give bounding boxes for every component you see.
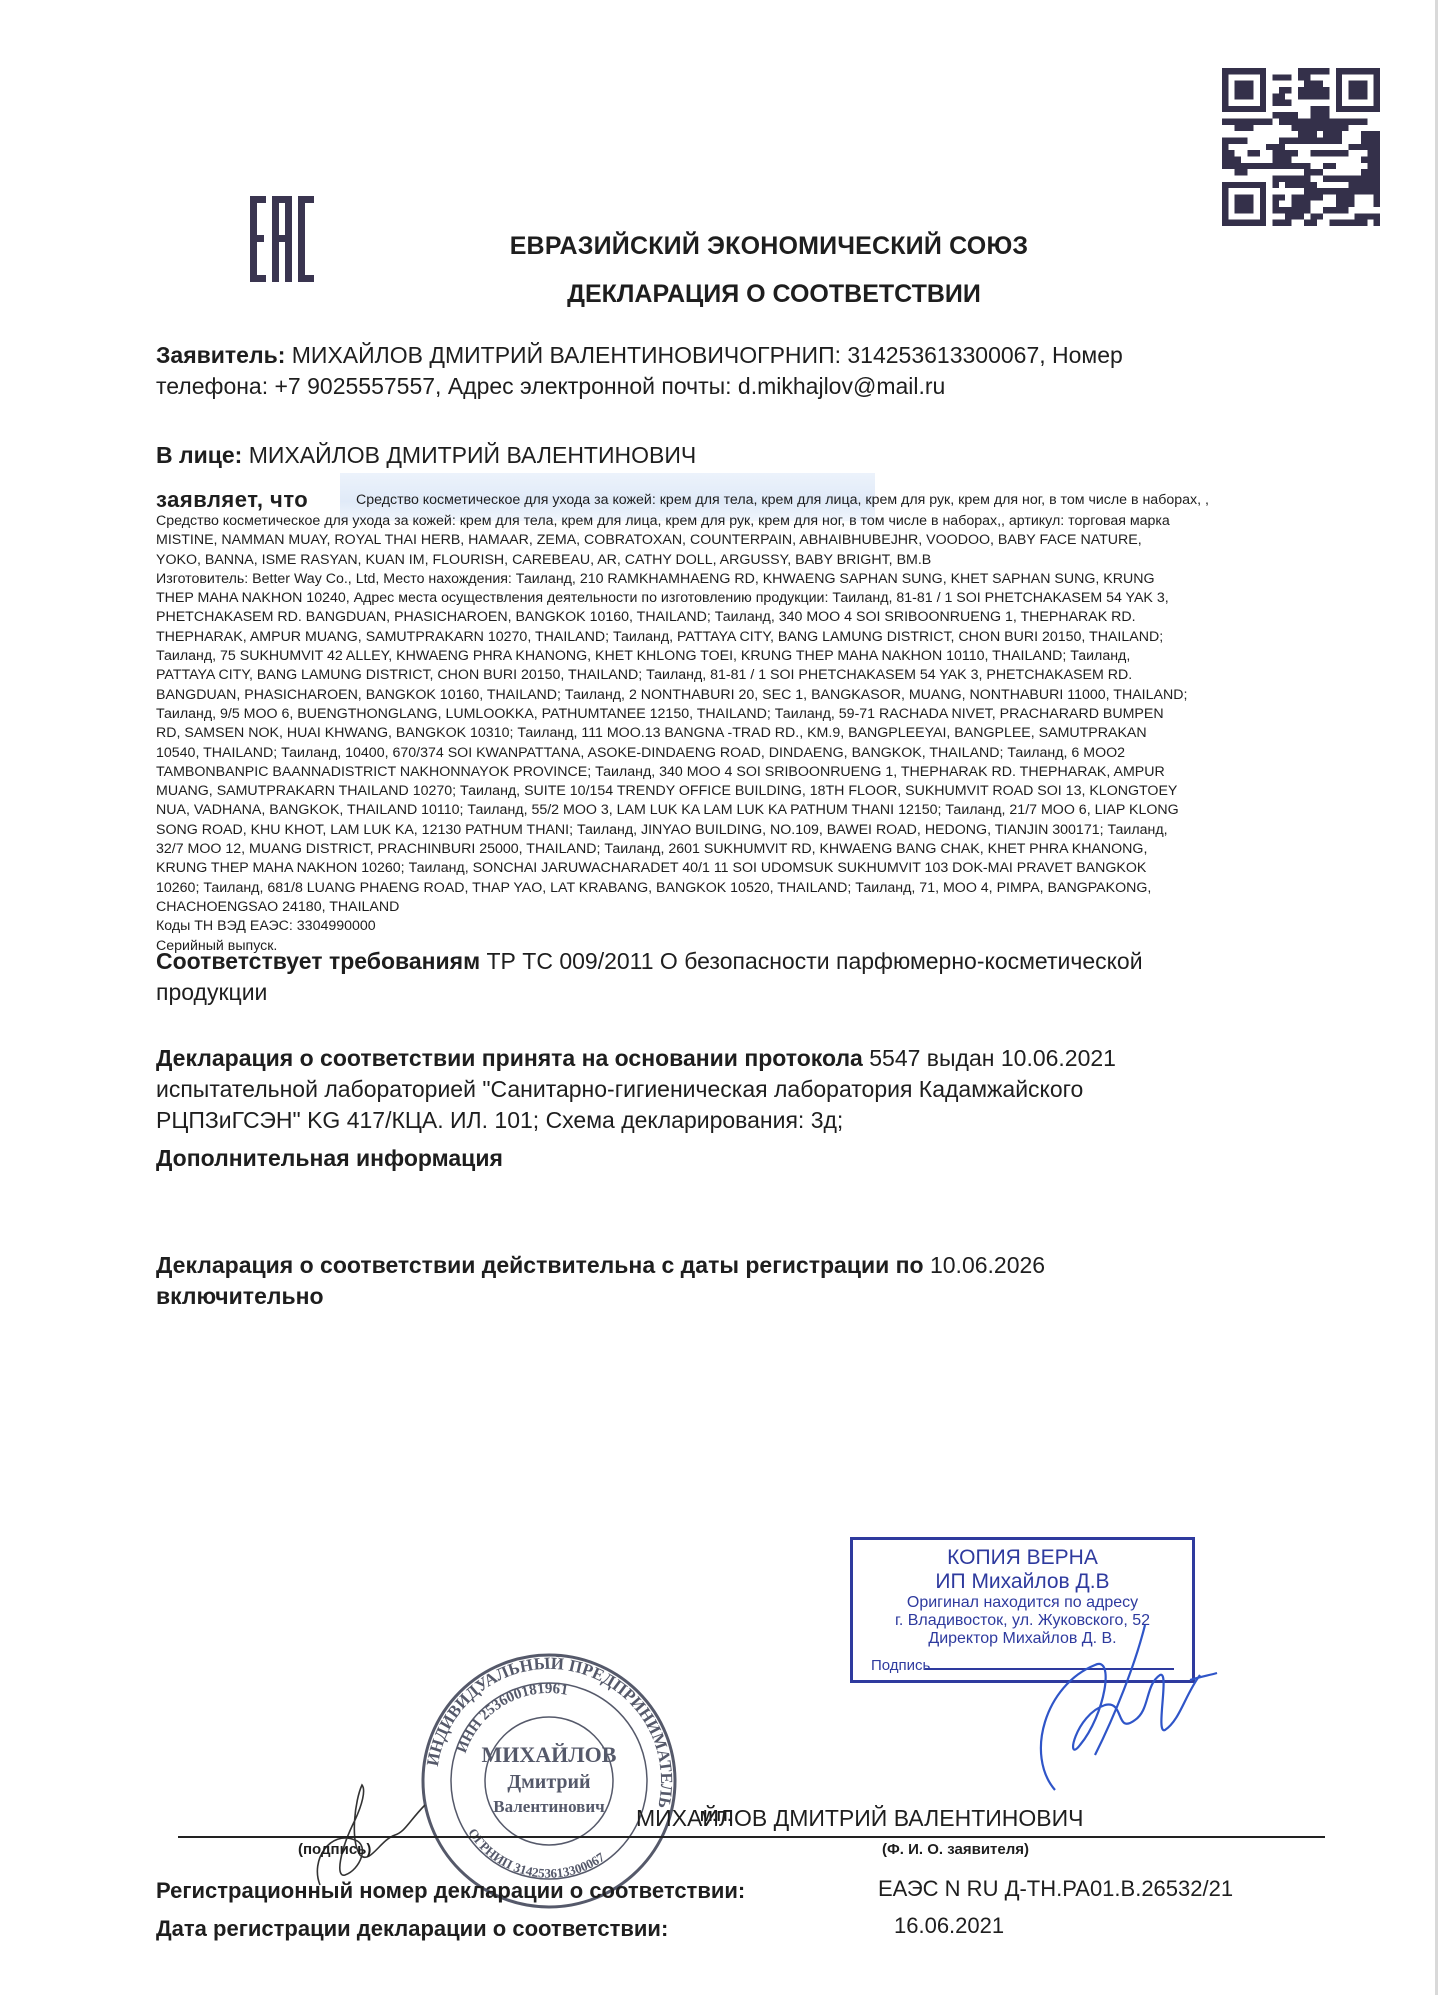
registration-number-value: ЕАЭС N RU Д-TH.PA01.B.26532/21 <box>878 1876 1233 1902</box>
stamp-company: ИП Михайлов Д.В <box>853 1570 1192 1594</box>
signature-line <box>178 1836 1325 1838</box>
represented-value: МИХАЙЛОВ ДМИТРИЙ ВАЛЕНТИНОВИЧ <box>242 442 696 468</box>
description-line: PHETCHAKASEM RD. BANGDUAN, PHASICHAROEN,… <box>156 608 1326 627</box>
conformity-block: Соответствует требованиям ТР ТС 009/2011… <box>156 946 1306 1008</box>
description-line: THEPHARAK, AMPUR MUANG, SAMUTPRAKARN 102… <box>156 628 1326 647</box>
description-line: 32/7 MOO 12, MUANG DISTRICT, PRACHINBURI… <box>156 840 1326 859</box>
stamp-signature-label: Подпись <box>871 1657 930 1674</box>
declares-label: заявляет, что <box>156 487 308 513</box>
applicant-block: Заявитель: МИХАЙЛОВ ДМИТРИЙ ВАЛЕНТИНОВИЧ… <box>156 340 1306 402</box>
description-line: 10540, THAILAND; Таиланд, 10400, 670/374… <box>156 744 1326 763</box>
validity-block: Декларация о соответствии действительна … <box>156 1250 1306 1312</box>
description-line: TAMBONBANPIC BAANNADISTRICT NAKHONNAYOK … <box>156 763 1326 782</box>
registration-number-label: Регистрационный номер декларации о соотв… <box>156 1878 745 1904</box>
conformity-value: ТР ТС 009/2011 О безопасности парфюмерно… <box>480 948 1142 974</box>
applicant-signature-icon <box>300 1780 450 1890</box>
product-description: Средство косметическое для ухода за коже… <box>156 512 1326 956</box>
registration-date-label: Дата регистрации декларации о соответств… <box>156 1916 668 1942</box>
applicant-contacts: телефона: +7 9025557557, Адрес электронн… <box>156 373 945 399</box>
basis-label: Декларация о соответствии принята на осн… <box>156 1045 863 1071</box>
applicant-label: Заявитель: <box>156 342 285 368</box>
description-line: BANGDUAN, PHASICHAROEN, BANGKOK 10160, T… <box>156 686 1326 705</box>
svg-text:МИХАЙЛОВ: МИХАЙЛОВ <box>482 1742 617 1767</box>
description-line: PATTAYA CITY, BANG LAMUNG DISTRICT, CHON… <box>156 666 1326 685</box>
represented-label: В лице: <box>156 442 242 468</box>
description-line: YOKO, BANNA, ISME RASYAN, KUAN IM, FLOUR… <box>156 551 1326 570</box>
conformity-label: Соответствует требованиям <box>156 948 480 974</box>
qr-code-icon <box>1222 67 1380 227</box>
description-line: Таиланд, 75 SUKHUMVIT 42 ALLEY, KHWAENG … <box>156 647 1326 666</box>
stamp-heading: КОПИЯ ВЕРНА <box>853 1546 1192 1570</box>
description-line: Изготовитель: Better Way Co., Ltd, Место… <box>156 570 1326 589</box>
validity-inclusive: включительно <box>156 1283 324 1309</box>
description-line: CHACHOENGSAO 24180, THAILAND <box>156 898 1326 917</box>
signature-caption: (подпись) <box>298 1841 371 1858</box>
stamp-original-note: Оригинал находится по адресу <box>853 1594 1192 1612</box>
svg-text:Валентинович: Валентинович <box>493 1797 605 1816</box>
description-line: THEP MAHA NAKHON 10240, Адрес места осущ… <box>156 589 1326 608</box>
additional-info-label: Дополнительная информация <box>156 1143 1306 1174</box>
basis-scheme: РЦПЗиГСЭН" KG 417/КЦА. ИЛ. 101; Схема де… <box>156 1107 843 1133</box>
description-line: Коды ТН ВЭД ЕАЭС: 3304990000 <box>156 917 1326 936</box>
round-seal-icon: ИНДИВИДУАЛЬНЫЙ ПРЕДПРИНИМАТЕЛЬ ИНН 25360… <box>418 1650 680 1912</box>
description-line: RD, SAMSEN NOK, HUAI KHWANG, BANGKOK 103… <box>156 724 1326 743</box>
description-line: KRUNG THEP MAHA NAKHON 10260; Таиланд, S… <box>156 859 1326 878</box>
description-line: MUANG, SAMUTPRAKARN THAILAND 10270; Таил… <box>156 782 1326 801</box>
union-title: ЕВРАЗИЙСКИЙ ЭКОНОМИЧЕСКИЙ СОЮЗ <box>0 232 1438 261</box>
validity-date: 10.06.2026 <box>924 1252 1046 1278</box>
director-signature-icon <box>985 1625 1225 1795</box>
document-title: ДЕКЛАРАЦИЯ О СООТВЕТСТВИИ <box>0 280 1438 309</box>
basis-block: Декларация о соответствии принята на осн… <box>156 1043 1306 1136</box>
product-first-line: Средство косметическое для ухода за коже… <box>356 492 1209 508</box>
svg-text:Дмитрий: Дмитрий <box>507 1771 590 1793</box>
description-line: Средство косметическое для ухода за коже… <box>156 512 1326 531</box>
description-line: SONG ROAD, KHU KHOT, LAM LUK KA, 12130 P… <box>156 821 1326 840</box>
description-line: MISTINE, NAMMAN MUAY, ROYAL THAI HERB, H… <box>156 531 1326 550</box>
basis-lab: испытательной лабораторией "Санитарно-ги… <box>156 1076 1083 1102</box>
description-line: NUA, VADHANA, BANGKOK, THAILAND 10110; Т… <box>156 801 1326 820</box>
name-caption: (Ф. И. О. заявителя) <box>882 1841 1029 1858</box>
validity-label: Декларация о соответствии действительна … <box>156 1252 924 1278</box>
description-line: Таиланд, 9/5 MOO 6, BUENGTHONGLANG, LUML… <box>156 705 1326 724</box>
conformity-value-2: продукции <box>156 979 267 1005</box>
applicant-value: МИХАЙЛОВ ДМИТРИЙ ВАЛЕНТИНОВИЧОГРНИП: 314… <box>285 342 1122 368</box>
registration-date-value: 16.06.2021 <box>894 1913 1004 1939</box>
basis-value: 5547 выдан 10.06.2021 <box>863 1045 1116 1071</box>
description-line: 10260; Таиланд, 681/8 LUANG PHAENG ROAD,… <box>156 879 1326 898</box>
applicant-name: МИХАЙЛОВ ДМИТРИЙ ВАЛЕНТИНОВИЧ <box>636 1805 1083 1832</box>
represented-by: В лице: МИХАЙЛОВ ДМИТРИЙ ВАЛЕНТИНОВИЧ <box>156 440 1306 471</box>
